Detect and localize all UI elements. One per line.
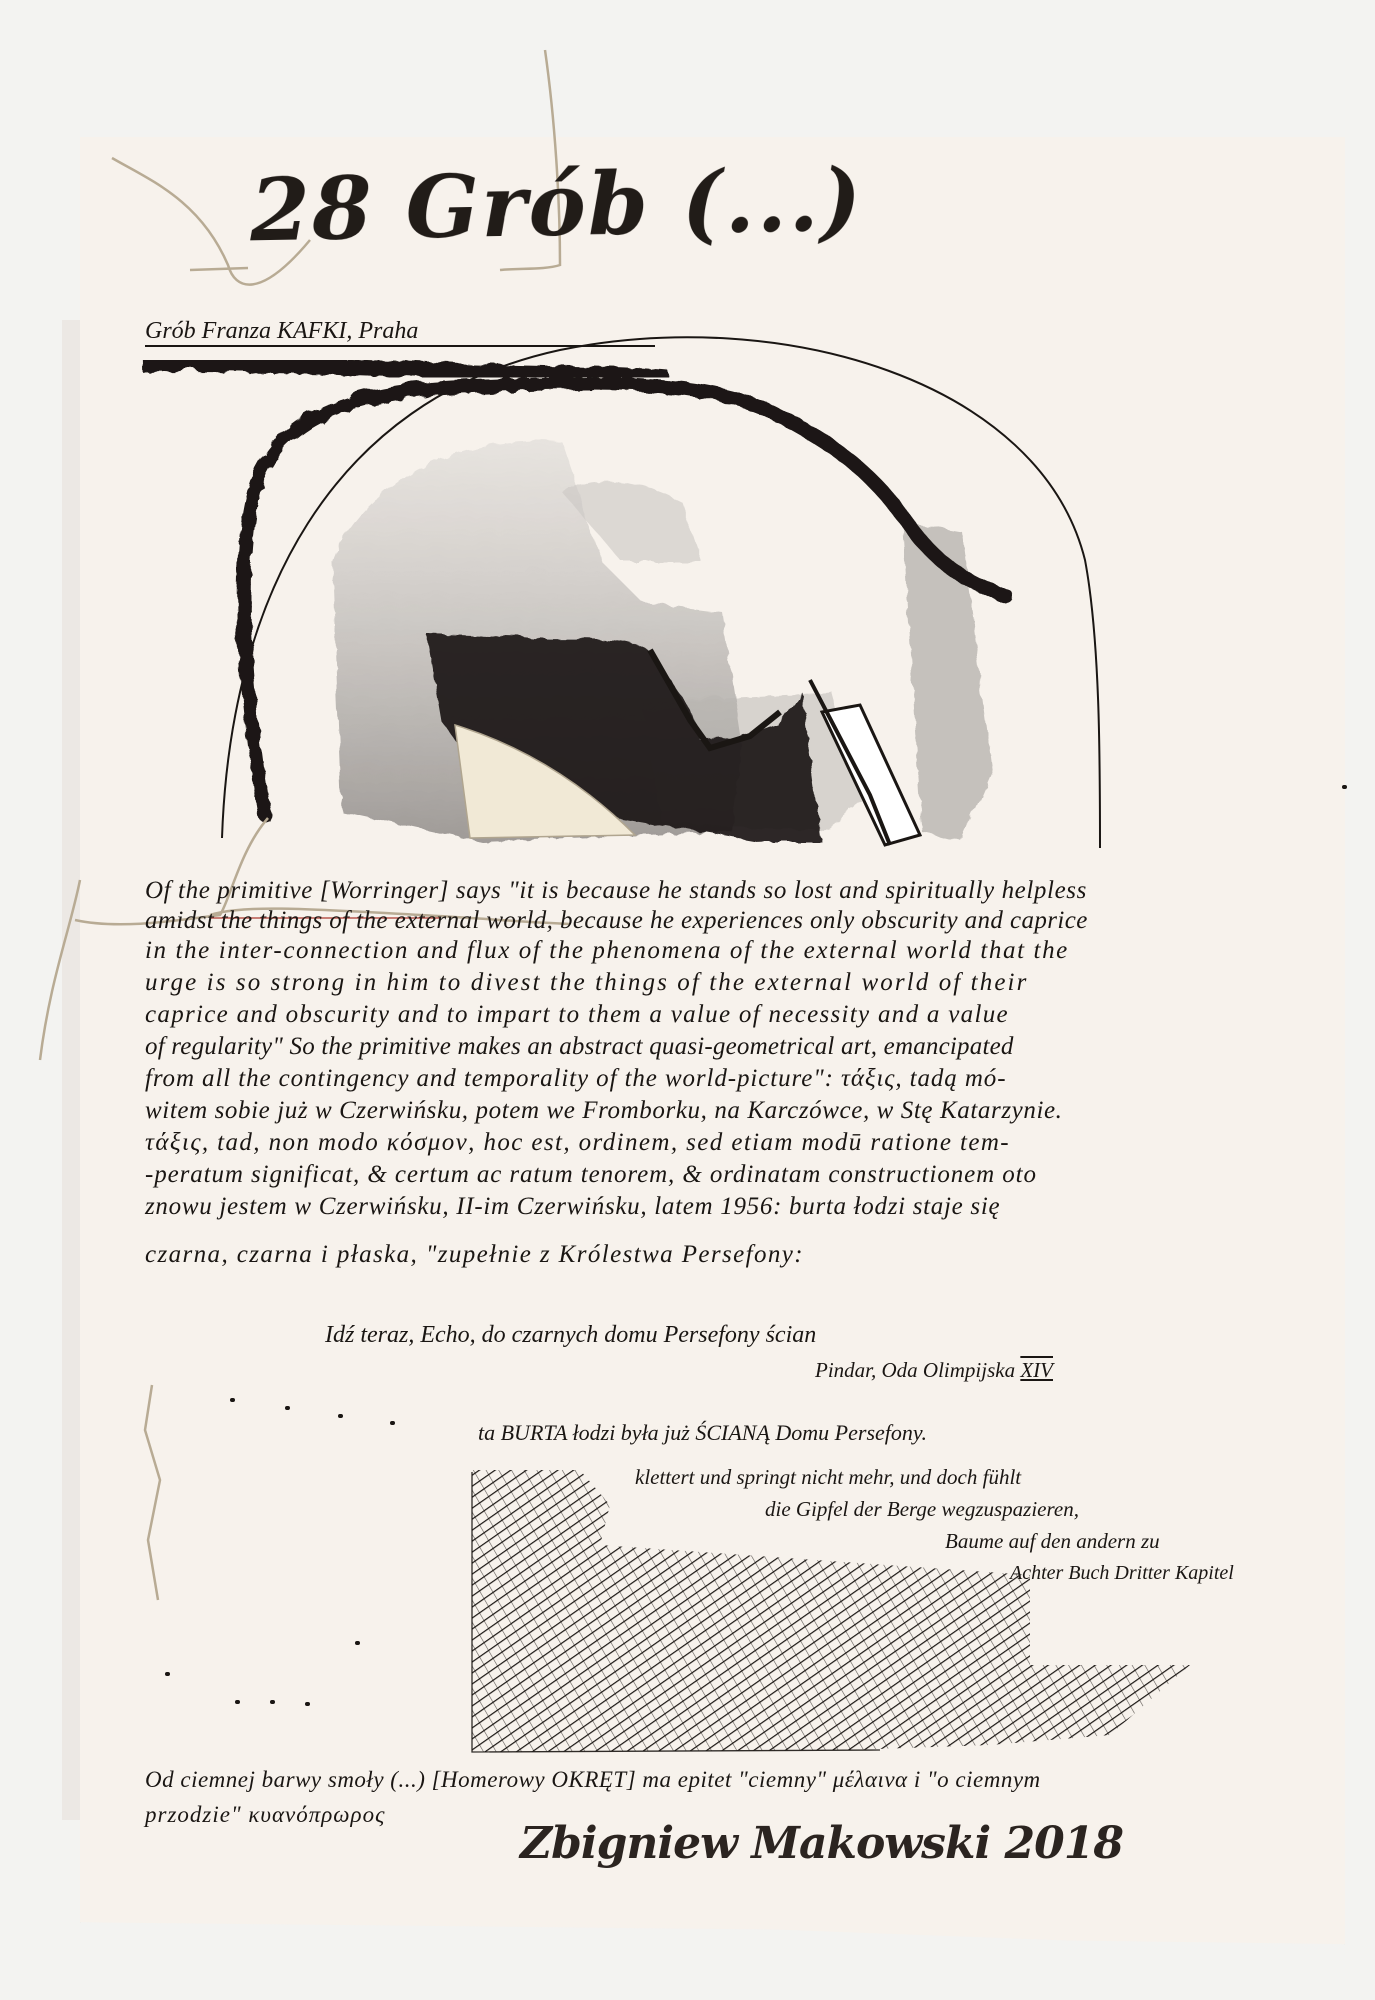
binding-hole [235,1700,240,1704]
german-line: die Gipfel der Berge wegzuspazieren, [765,1494,1079,1524]
pindar-quote: Idź teraz, Echo, do czarnych domu Persef… [325,1320,816,1350]
binding-hole [390,1421,395,1425]
paragraph-line: czarna, czarna i płaska, "zupełnie z Kró… [145,1240,804,1270]
german-line: klettert und springt nicht mehr, und doc… [635,1462,1021,1492]
binding-hole [338,1414,343,1418]
paragraph-line: amidst the things of the external world,… [145,906,1088,936]
burta-line: ta BURTA łodzi była już ŚCIANĄ Domu Pers… [478,1418,927,1448]
paragraph-line: from all the contingency and temporality… [145,1064,1006,1094]
paragraph-line: caprice and obscurity and to impart to t… [145,1000,1009,1030]
binding-hole [285,1406,290,1410]
paragraph-line: znowu jestem w Czerwińsku, II-im Czerwiń… [145,1192,1000,1222]
attribution-numeral: XIV [1020,1358,1053,1382]
artwork-title: 28 Grób (...) [249,150,864,262]
attribution-text: Pindar, Oda Olimpijska [815,1358,1020,1382]
bottom-text-line: przodzie" κυανόπρωρος [145,1800,385,1830]
bottom-text-line: Od ciemnej barwy smoły (...) [Homerowy O… [145,1765,1041,1795]
german-line: Baume auf den andern zu [945,1526,1160,1556]
paragraph-line: Of the primitive [Worringer] says "it is… [145,876,1087,906]
binding-hole [355,1641,360,1645]
paragraph-line: τάξις, tad, non modo κόσμον, hoc est, or… [145,1128,1010,1158]
brush-horizontal-bar [140,362,665,376]
artist-signature: Zbigniew Makowski 2018 [520,1818,1123,1869]
paragraph-line: urge is so strong in him to divest the t… [145,968,1028,998]
quote-attribution: Pindar, Oda Olimpijska XIV [815,1355,1053,1385]
german-line: Achter Buch Dritter Kapitel [1010,1558,1234,1588]
binding-hole [165,1672,170,1676]
binding-hole [270,1700,275,1704]
paragraph-line: -peratum significat, & certum ac ratum t… [145,1160,1037,1190]
artwork-subtitle: Grób Franza KAFKI, Praha [145,318,655,347]
paragraph-line: of regularity" So the primitive makes an… [145,1032,1014,1062]
binding-hole [1342,785,1347,789]
binding-hole [305,1702,310,1706]
binding-hole [230,1398,235,1402]
paragraph-line: witem sobie już w Czerwińsku, potem we F… [145,1096,1063,1126]
paragraph-line: in the inter-connection and flux of the … [145,936,1069,966]
